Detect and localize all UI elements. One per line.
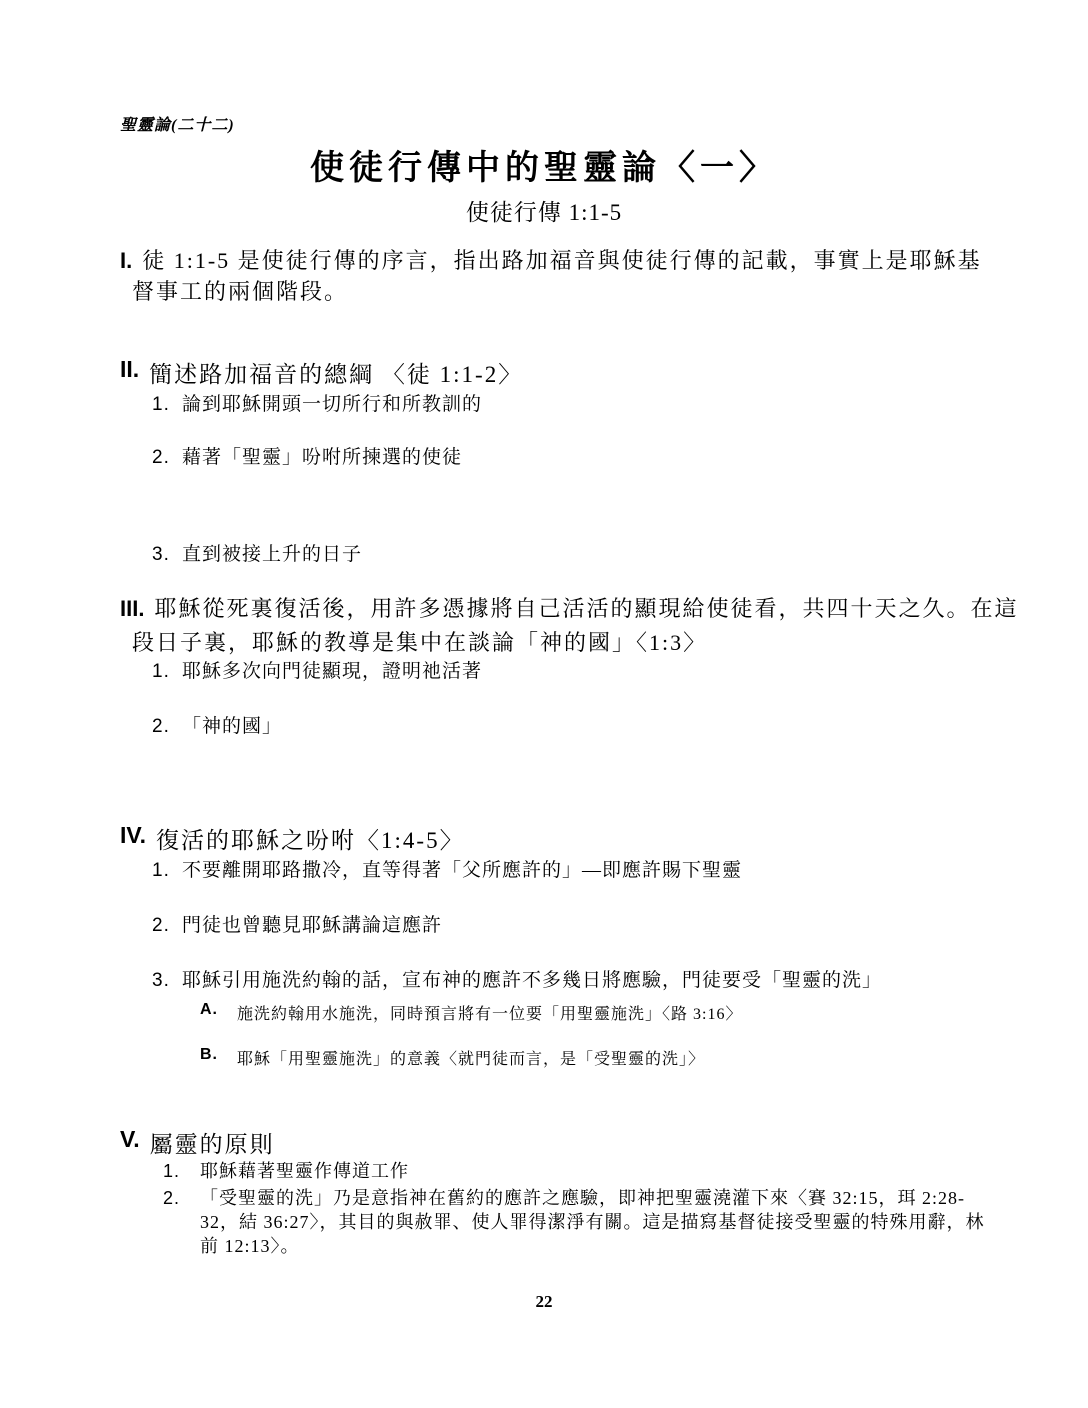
section-IV-numeral: IV. xyxy=(120,822,146,849)
section-III: III.耶穌從死裏復活後，用許多憑據將自己活活的顯現給使徒看，共四十天之久。在這… xyxy=(120,592,1032,660)
page-title: 使徒行傳中的聖靈論〈一〉 xyxy=(0,140,1088,189)
section-I: I.徒 1:1-5 是使徒行傳的序言，指出路加福音與使徒行傳的記載，事實上是耶穌… xyxy=(120,245,1000,307)
item-text: 「受聖靈的洗」乃是意指神在舊約的應許之應驗，即神把聖靈澆灌下來〈賽 32:15，… xyxy=(200,1186,990,1258)
section-IV: IV. 復活的耶穌之吩咐〈1:4-5〉 xyxy=(120,822,465,855)
section-III-text: 耶穌從死裏復活後，用許多憑據將自己活活的顯現給使徒看，共四十天之久。在這段日子裏… xyxy=(132,596,1018,655)
section-II-item-1: 1. 論到耶穌開頭一切所行和所教訓的 xyxy=(152,392,482,418)
section-II: II. 簡述路加福音的總綱 〈徒 1:1-2〉 xyxy=(120,356,523,389)
item-label: 3. xyxy=(152,542,182,568)
section-IV-item-3-sub-A: A. 施洗約翰用水施洗，同時預言將有一位要「用聖靈施洗」〈路 3:16〉 xyxy=(200,1001,742,1024)
item-label: 2. xyxy=(152,445,182,471)
section-II-item-3: 3. 直到被接上升的日子 xyxy=(152,542,362,568)
section-V-text: 屬靈的原則 xyxy=(150,1126,275,1159)
item-text: 耶穌藉著聖靈作傳道工作 xyxy=(200,1159,409,1183)
page-number: 22 xyxy=(0,1292,1088,1312)
section-V-item-2: 2. 「受聖靈的洗」乃是意指神在舊約的應許之應驗，即神把聖靈澆灌下來〈賽 32:… xyxy=(163,1186,990,1258)
item-text: 論到耶穌開頭一切所行和所教訓的 xyxy=(182,392,482,418)
item-label: 1. xyxy=(163,1159,200,1183)
item-text: 直到被接上升的日子 xyxy=(182,542,362,568)
item-text: 耶穌引用施洗約翰的話，宣布神的應許不多幾日將應驗，門徒要受「聖靈的洗」 xyxy=(182,968,882,994)
header-note: 聖靈論(二十二) xyxy=(120,112,235,135)
section-III-numeral: III. xyxy=(120,596,144,621)
section-V-item-1: 1. 耶穌藉著聖靈作傳道工作 xyxy=(163,1159,409,1183)
subitem-text: 施洗約翰用水施洗，同時預言將有一位要「用聖靈施洗」〈路 3:16〉 xyxy=(237,1001,742,1024)
section-IV-item-1: 1. 不要離開耶路撒冷，直等得著「父所應許的」—即應許賜下聖靈 xyxy=(152,858,742,884)
item-label: 1. xyxy=(152,659,182,685)
item-label: 2. xyxy=(163,1186,200,1210)
item-label: 2. xyxy=(152,714,182,740)
page-subtitle: 使徒行傳 1:1-5 xyxy=(0,194,1088,227)
section-III-item-2: 2. 「神的國」 xyxy=(152,714,282,740)
section-IV-item-2: 2. 門徒也曾聽見耶穌講論這應許 xyxy=(152,913,442,939)
item-text: 耶穌多次向門徒顯現，證明祂活著 xyxy=(182,659,482,685)
section-III-item-1: 1. 耶穌多次向門徒顯現，證明祂活著 xyxy=(152,659,482,685)
section-I-numeral: I. xyxy=(120,248,132,273)
section-II-item-2: 2. 藉著「聖靈」吩咐所揀選的使徒 xyxy=(152,445,462,471)
section-V-numeral: V. xyxy=(120,1126,140,1153)
item-label: 1. xyxy=(152,392,182,418)
document-page: 聖靈論(二十二) 使徒行傳中的聖靈論〈一〉 使徒行傳 1:1-5 I.徒 1:1… xyxy=(0,0,1088,1408)
section-II-numeral: II. xyxy=(120,356,139,383)
item-label: 1. xyxy=(152,858,182,884)
section-IV-text: 復活的耶穌之吩咐〈1:4-5〉 xyxy=(156,822,465,855)
item-text: 藉著「聖靈」吩咐所揀選的使徒 xyxy=(182,445,462,471)
item-label: 2. xyxy=(152,913,182,939)
item-label: 3. xyxy=(152,968,182,994)
section-IV-item-3: 3. 耶穌引用施洗約翰的話，宣布神的應許不多幾日將應驗，門徒要受「聖靈的洗」 xyxy=(152,968,882,994)
subitem-text: 耶穌「用聖靈施洗」的意義〈就門徒而言，是「受聖靈的洗」〉 xyxy=(237,1046,705,1069)
item-text: 不要離開耶路撒冷，直等得著「父所應許的」—即應許賜下聖靈 xyxy=(182,858,742,884)
subitem-label: B. xyxy=(200,1046,237,1064)
section-IV-item-3-sub-B: B. 耶穌「用聖靈施洗」的意義〈就門徒而言，是「受聖靈的洗」〉 xyxy=(200,1046,705,1069)
section-V: V. 屬靈的原則 xyxy=(120,1126,275,1159)
item-text: 「神的國」 xyxy=(182,714,282,740)
section-I-text: 徒 1:1-5 是使徒行傳的序言，指出路加福音與使徒行傳的記載，事實上是耶穌基督… xyxy=(132,248,982,304)
subitem-label: A. xyxy=(200,1001,237,1019)
item-text: 門徒也曾聽見耶穌講論這應許 xyxy=(182,913,442,939)
section-II-text: 簡述路加福音的總綱 〈徒 1:1-2〉 xyxy=(149,356,523,389)
